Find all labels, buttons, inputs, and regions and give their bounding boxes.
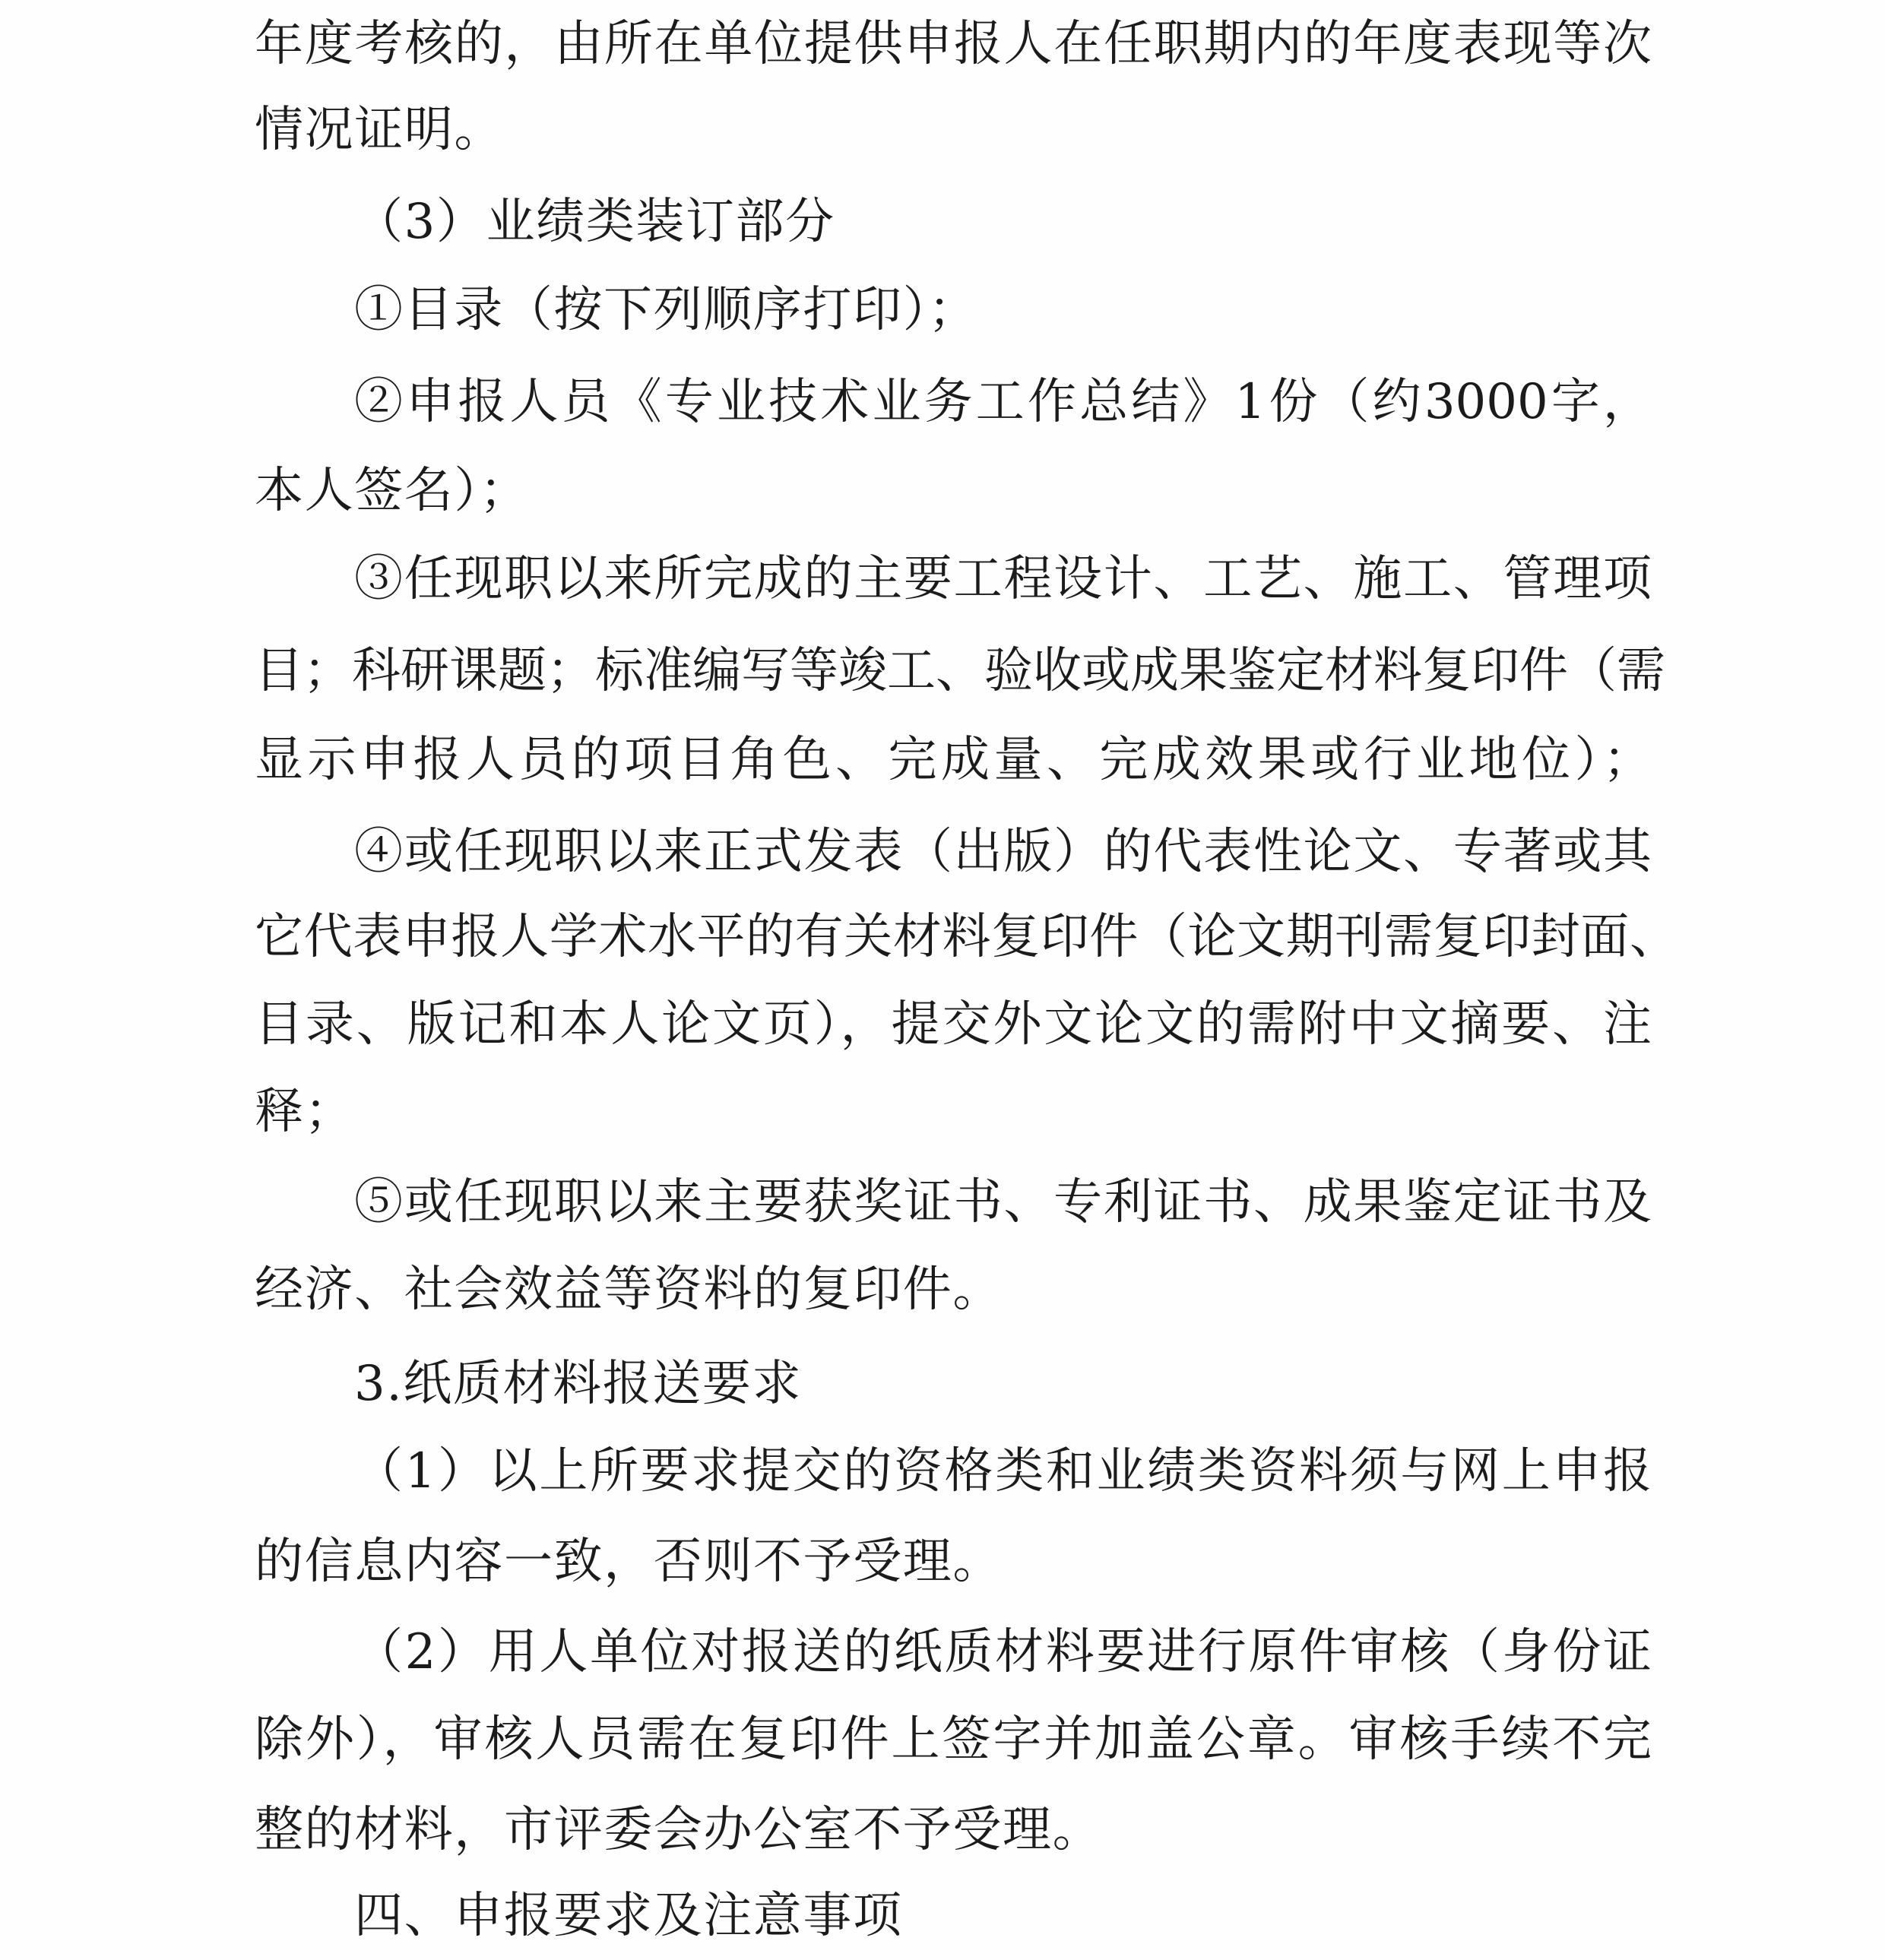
paragraph-line: 情况证明。 bbox=[255, 100, 504, 160]
list-item-line: 显示申报人员的项目角色、完成量、完成效果或行业地位）； bbox=[255, 730, 1652, 790]
list-item-line: 本人签名）； bbox=[255, 461, 530, 521]
paragraph-line: 的信息内容一致，否则不予受理。 bbox=[255, 1531, 1003, 1592]
list-item-line: 目录、版记和本人论文页），提交外文论文的需附中文摘要、注 bbox=[255, 994, 1652, 1055]
list-item-line: ①目录（按下列顺序打印）； bbox=[354, 280, 978, 340]
paragraph-line: 整的材料，市评委会办公室不予受理。 bbox=[255, 1800, 1102, 1860]
list-item-line: 它代表申报人学术水平的有关材料复印件（论文期刊需复印封面、 bbox=[255, 907, 1678, 967]
list-item-line: 经济、社会效益等资料的复印件。 bbox=[255, 1259, 1003, 1320]
chapter-heading: 四、申报要求及注意事项 bbox=[354, 1886, 903, 1946]
section-heading: 3.纸质材料报送要求 bbox=[354, 1354, 802, 1414]
list-item-line: ④或任现职以来正式发表（出版）的代表性论文、专著或其 bbox=[354, 822, 1652, 882]
paragraph-line: 除外），审核人员需在复印件上签字并加盖公章。审核手续不完 bbox=[255, 1709, 1652, 1770]
list-item-line: ③任现职以来所完成的主要工程设计、工艺、施工、管理项 bbox=[354, 549, 1652, 610]
list-item-line: 释； bbox=[255, 1081, 354, 1142]
paragraph-line: （1）以上所要求提交的资格类和业绩类资料须与网上申报 bbox=[354, 1441, 1652, 1502]
paragraph-line: 年度考核的，由所在单位提供申报人在任职期内的年度表现等次 bbox=[255, 14, 1652, 74]
document-page: 年度考核的，由所在单位提供申报人在任职期内的年度表现等次 情况证明。 （3）业绩… bbox=[0, 0, 1885, 1960]
list-item-line: ②申报人员《专业技术业务工作总结》1份（约3000字， bbox=[354, 372, 1652, 432]
list-item-line: 目；科研课题；标准编写等竣工、验收或成果鉴定材料复印件（需 bbox=[255, 641, 1652, 701]
paragraph-line: （2）用人单位对报送的纸质材料要进行原件审核（身份证 bbox=[354, 1622, 1652, 1683]
section-heading: （3）业绩类装订部分 bbox=[354, 192, 835, 252]
list-item-line: ⑤或任现职以来主要获奖证书、专利证书、成果鉴定证书及 bbox=[354, 1172, 1652, 1233]
